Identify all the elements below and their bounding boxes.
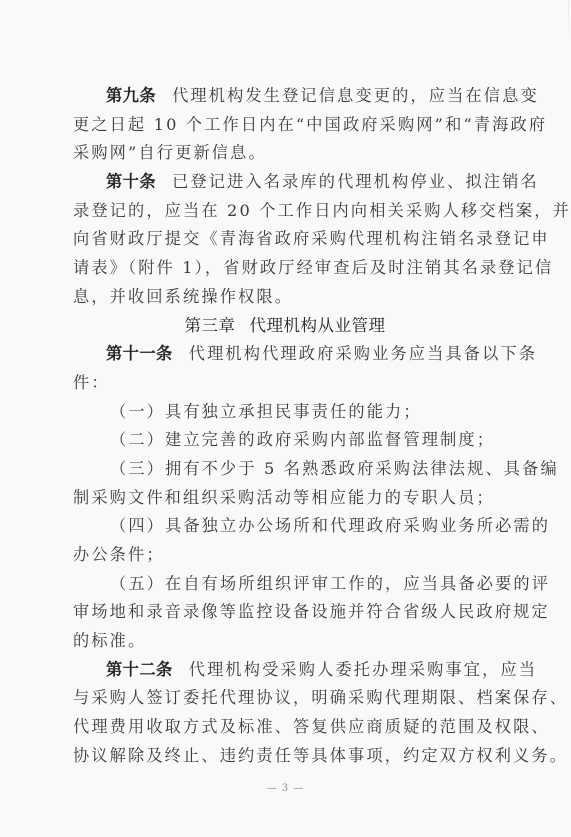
text-span: 已登记进入名录库的代理机构停业、拟注销名 — [172, 172, 539, 191]
list-item: （五）在自有场所组织评审工作的，应当具备必要的评 — [73, 570, 487, 599]
text-line: 与采购人签订委托代理协议，明确采购代理期限、档案保存、 — [73, 684, 487, 713]
list-item-continuation: 办公条件； — [73, 541, 487, 570]
document-body: 第九条代理机构发生登记信息变更的，应当在信息变 更之日起 10 个工作日内在“中… — [73, 82, 487, 771]
text-span: 代理机构代理政府采购业务应当具备以下条 — [189, 344, 537, 363]
text-line: 件： — [73, 369, 487, 398]
text-line: 请表》（附件 1），省财政厅经审查后及时注销其名录登记信 — [73, 254, 487, 283]
list-item-continuation: 的标准。 — [73, 627, 487, 656]
article-heading: 第十二条 — [106, 660, 173, 679]
document-page: 第九条代理机构发生登记信息变更的，应当在信息变 更之日起 10 个工作日内在“中… — [0, 0, 571, 837]
list-item: （三）拥有不少于 5 名熟悉政府采购法律法规、具备编 — [73, 455, 487, 484]
article-heading: 第十一条 — [106, 344, 173, 363]
text-line: 向省财政厅提交《青海省政府采购代理机构注销名录登记申 — [73, 225, 487, 254]
article-11: 第十一条代理机构代理政府采购业务应当具备以下条 件： （一）具有独立承担民事责任… — [73, 340, 487, 656]
page-edge-artifact — [568, 0, 569, 40]
article-heading: 第十条 — [106, 172, 156, 191]
text-line: 采购网”自行更新信息。 — [73, 139, 487, 168]
article-12: 第十二条代理机构受采购人委托办理采购事宜，应当 与采购人签订委托代理协议，明确采… — [73, 656, 487, 771]
text-line: 更之日起 10 个工作日内在“中国政府采购网”和“青海政府 — [73, 111, 487, 140]
article-10: 第十条已登记进入名录库的代理机构停业、拟注销名 录登记的，应当在 20 个工作日… — [73, 168, 487, 311]
text-line: 代理费用收取方式及标准、答复供应商质疑的范围及权限、 — [73, 713, 487, 742]
text-line: 第十条已登记进入名录库的代理机构停业、拟注销名 — [73, 168, 487, 197]
list-item: （四）具备独立办公场所和代理政府采购业务所必需的 — [73, 512, 487, 541]
text-line: 录登记的，应当在 20 个工作日内向相关采购人移交档案，并 — [73, 197, 487, 226]
text-line: 第九条代理机构发生登记信息变更的，应当在信息变 — [73, 82, 487, 111]
list-item: （二）建立完善的政府采购内部监督管理制度； — [73, 426, 487, 455]
text-span: 代理机构发生登记信息变更的，应当在信息变 — [172, 86, 539, 105]
article-heading: 第九条 — [106, 86, 156, 105]
text-line: 第十一条代理机构代理政府采购业务应当具备以下条 — [73, 340, 487, 369]
list-item: （一）具有独立承担民事责任的能力； — [73, 398, 487, 427]
chapter-title: 代理机构从业管理 — [250, 316, 386, 335]
text-span: 代理机构受采购人委托办理采购事宜，应当 — [189, 660, 537, 679]
text-line: 第十二条代理机构受采购人委托办理采购事宜，应当 — [73, 656, 487, 685]
text-line: 协议解除及终止、违约责任等具体事项，约定双方权利义务。 — [73, 742, 487, 771]
article-9: 第九条代理机构发生登记信息变更的，应当在信息变 更之日起 10 个工作日内在“中… — [73, 82, 487, 168]
chapter-number: 第三章 — [185, 316, 236, 335]
list-item-continuation: 制采购文件和组织采购活动等相应能力的专职人员； — [73, 484, 487, 513]
list-item-continuation: 审场地和录音录像等监控设备设施并符合省级人民政府规定 — [73, 598, 487, 627]
chapter-heading: 第三章代理机构从业管理 — [73, 312, 487, 341]
text-line: 息，并收回系统操作权限。 — [73, 283, 487, 312]
page-number: — 3 — — [0, 783, 571, 794]
